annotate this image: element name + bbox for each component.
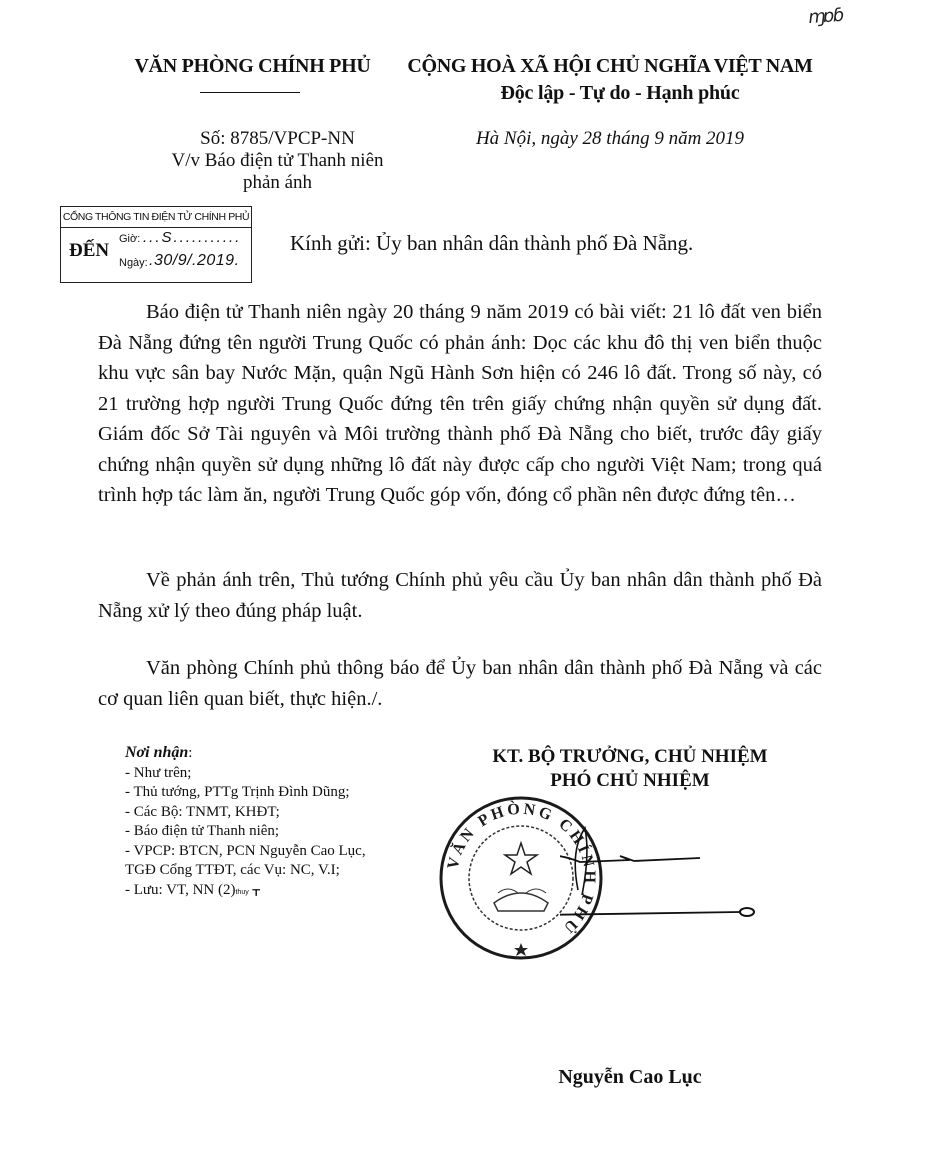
signatory-title-line1: KT. BỘ TRƯỞNG, CHỦ NHIỆM — [440, 745, 820, 769]
distribution-item: - Như trên; — [125, 764, 366, 784]
recipient-line: Kính gửi: Ủy ban nhân dân thành phố Đà N… — [290, 231, 693, 256]
archive-mark: ᚁ — [252, 882, 259, 898]
received-stamp-agency: CỔNG THÔNG TIN ĐIỆN TỬ CHÍNH PHỦ — [61, 207, 251, 228]
distribution-item: - VPCP: BTCN, PCN Nguyễn Cao Lục, — [125, 842, 366, 862]
issuing-agency: VĂN PHÒNG CHÍNH PHỦ — [120, 55, 385, 78]
body-paragraph: Báo điện tử Thanh niên ngày 20 tháng 9 n… — [98, 297, 822, 511]
archive-note: thuy — [235, 889, 248, 896]
document-number: Số: 8785/VPCP-NN — [135, 128, 420, 150]
document-subject: V/v Báo điện tử Thanh niên — [135, 150, 420, 172]
received-date-value: .30/9/.2019. — [149, 252, 240, 270]
received-time-label: Giờ: — [119, 233, 140, 245]
received-label: ĐẾN — [69, 240, 109, 262]
body-paragraph: Về phản ánh trên, Thủ tướng Chính phủ yê… — [98, 565, 822, 626]
distribution-title: Nơi nhận: — [125, 743, 366, 764]
signer-name: Nguyễn Cao Lục — [440, 1066, 820, 1089]
distribution-list: Nơi nhận: - Như trên; - Thủ tướng, PTTg … — [125, 743, 366, 902]
received-stamp: CỔNG THÔNG TIN ĐIỆN TỬ CHÍNH PHỦ ĐẾN Giờ… — [60, 206, 252, 283]
handwritten-signature — [560, 820, 780, 930]
handwritten-annotation: ɱɒɓ — [807, 5, 843, 28]
distribution-item: - Thủ tướng, PTTg Trịnh Đình Dũng; — [125, 783, 366, 803]
received-time-value: ...S........... — [143, 229, 241, 246]
place-date: Hà Nội, ngày 28 tháng 9 năm 2019 — [440, 128, 780, 150]
body-paragraph: Văn phòng Chính phủ thông báo để Ủy ban … — [98, 653, 822, 714]
document-subject-cont: phản ánh — [135, 172, 420, 194]
issuer-underline — [200, 92, 300, 93]
distribution-item: - Các Bộ: TNMT, KHĐT; — [125, 803, 366, 823]
signatory-title-line2: PHÓ CHỦ NHIỆM — [440, 769, 820, 793]
national-motto: Độc lập - Tự do - Hạnh phúc — [420, 82, 820, 105]
national-title: CỘNG HOÀ XÃ HỘI CHỦ NGHĨA VIỆT NAM — [385, 55, 835, 78]
distribution-item: TGĐ Cổng TTĐT, các Vụ: NC, V.I; — [125, 861, 366, 881]
seal-emblem-icon — [494, 843, 548, 956]
signatory-title: KT. BỘ TRƯỞNG, CHỦ NHIỆM PHÓ CHỦ NHIỆM — [440, 745, 820, 793]
distribution-item: - Báo điện tử Thanh niên; — [125, 822, 366, 842]
distribution-item-archive: - Lưu: VT, NN (2)thuy ᚁ — [125, 881, 366, 903]
received-date-label: Ngày: — [119, 257, 148, 269]
document-reference: Số: 8785/VPCP-NN V/v Báo điện tử Thanh n… — [135, 128, 420, 194]
